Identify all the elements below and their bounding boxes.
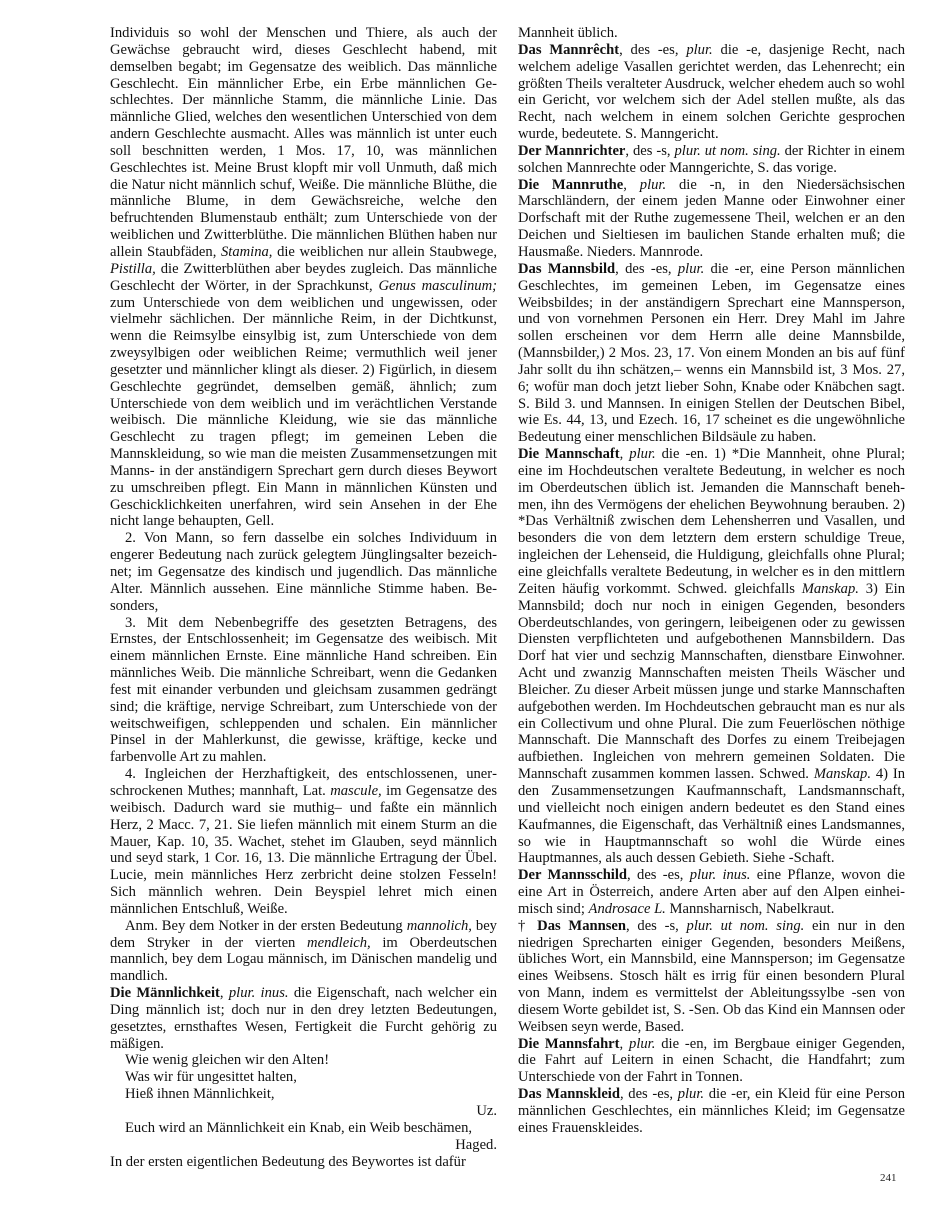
entry-mannruthe: Die Mannruthe, plur. die -n, in den Nied… bbox=[518, 177, 905, 261]
grammar-note: plur. inus. bbox=[229, 985, 289, 1001]
entry-mannrichter: Der Mannrichter, des -s, plur. ut nom. s… bbox=[518, 143, 905, 177]
grammar-note: plur. bbox=[686, 42, 712, 58]
latin-term: mascule, bbox=[330, 783, 381, 799]
verse-attribution: Haged. bbox=[110, 1137, 497, 1154]
headword: Das Mannsen bbox=[537, 918, 626, 934]
grammar-note: plur. ut nom. sing. bbox=[674, 143, 780, 159]
swedish-term: Manskap. bbox=[814, 766, 871, 782]
headword: Die Mannschaft bbox=[518, 446, 620, 462]
verse-attribution: Uz. bbox=[110, 1103, 497, 1120]
entry-mannsbild: Das Mannsbild, des -es, plur. die -er, e… bbox=[518, 261, 905, 446]
grammar-note: plur. bbox=[629, 446, 655, 462]
grammar-note: plur. ut nom. sing. bbox=[687, 918, 805, 934]
grammar-note: plur. bbox=[629, 1036, 655, 1052]
headword: Der Mannrichter bbox=[518, 143, 625, 159]
headword: Die Männlichkeit bbox=[110, 985, 220, 1001]
closing-line: In der ersten eigentlichen Bedeutung des… bbox=[110, 1154, 497, 1171]
page-number: 241 bbox=[880, 1172, 897, 1184]
continued-paragraph: Individuis so wohl der Menschen und Thie… bbox=[110, 25, 497, 530]
grammar-note: plur. bbox=[678, 261, 704, 277]
headword: Das Mannskleid bbox=[518, 1086, 620, 1102]
entry-mannsschild: Der Mannsschild, des -es, plur. inus. ei… bbox=[518, 867, 905, 918]
annotation-paragraph: Anm. Bey dem Notker in der ersten Bedeut… bbox=[110, 918, 497, 985]
botanical-name: Androsace L. bbox=[589, 901, 666, 917]
continuation-line: Mannheit üblich. bbox=[518, 25, 905, 42]
headword: Die Mannsfahrt bbox=[518, 1036, 620, 1052]
entry-maennlichkeit: Die Männlichkeit, plur. inus. die Eigens… bbox=[110, 985, 497, 1052]
latin-term: Stamina, bbox=[221, 244, 272, 260]
headword: Die Mannruthe bbox=[518, 177, 623, 193]
latin-term: Genus masculinum; bbox=[378, 278, 497, 294]
right-column: Mannheit üblich. Das Mannrêcht, des -es,… bbox=[518, 25, 905, 1137]
left-column: Individuis so wohl der Menschen und Thie… bbox=[110, 25, 497, 1170]
grammar-note: plur. inus. bbox=[690, 867, 751, 883]
entry-mannschaft: Die Mannschaft, plur. die -en. 1) *Die M… bbox=[518, 446, 905, 867]
sense-4-paragraph: 4. Ingleichen der Herzhaftigkeit, des en… bbox=[110, 766, 497, 918]
verse-line: Euch wird an Männlichkeit ein Knab, ein … bbox=[110, 1120, 497, 1137]
headword: Das Mannsbild bbox=[518, 261, 615, 277]
dictionary-page: Individuis so wohl der Menschen und Thie… bbox=[0, 0, 935, 1210]
old-form: mannolich, bbox=[407, 918, 472, 934]
entry-mannsfahrt: Die Mannsfahrt, plur. die -en, im Bergba… bbox=[518, 1036, 905, 1087]
verse-line: Wie wenig gleichen wir den Alten! bbox=[110, 1052, 497, 1069]
old-form: mendleich, bbox=[307, 935, 371, 951]
grammar-note: plur. bbox=[678, 1086, 704, 1102]
dagger-mark: † bbox=[518, 918, 537, 934]
grammar-note: plur. bbox=[640, 177, 666, 193]
sense-3-paragraph: 3. Mit dem Nebenbegriffe des gesetzten B… bbox=[110, 615, 497, 767]
entry-mannrecht: Das Mannrêcht, des -es, plur. die -e, da… bbox=[518, 42, 905, 143]
sense-2-paragraph: 2. Von Mann, so fern dasselbe ein solche… bbox=[110, 530, 497, 614]
headword: Das Mannrêcht bbox=[518, 42, 619, 58]
swedish-term: Manskap. bbox=[802, 581, 859, 597]
verse-line: Hieß ihnen Männlichkeit, bbox=[110, 1086, 497, 1103]
latin-term: Pistilla, bbox=[110, 261, 156, 277]
verse-line: Was wir für ungesittet halten, bbox=[110, 1069, 497, 1086]
entry-mannskleid: Das Mannskleid, des -es, plur. die -er, … bbox=[518, 1086, 905, 1137]
entry-mannsen: † Das Mannsen, des -s, plur. ut nom. sin… bbox=[518, 918, 905, 1036]
headword: Der Mannsschild bbox=[518, 867, 627, 883]
